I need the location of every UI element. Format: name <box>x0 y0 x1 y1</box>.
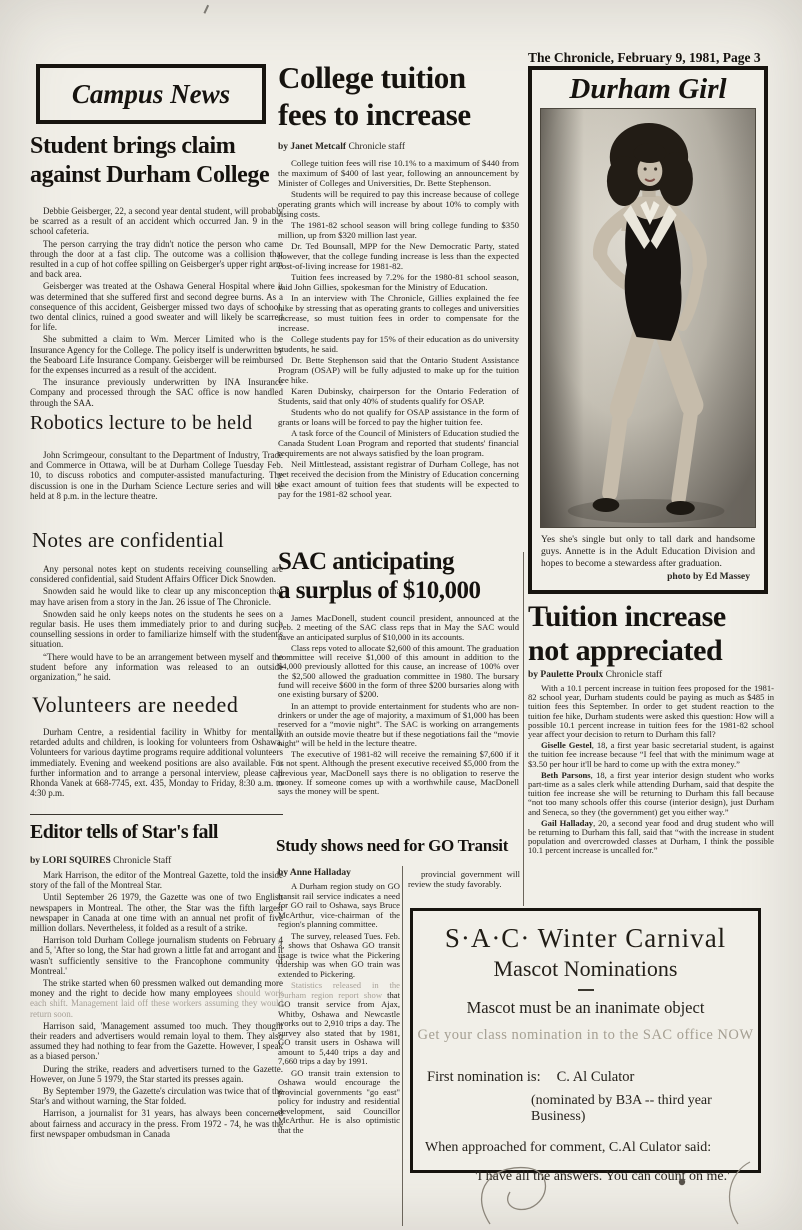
page-header: The Chronicle, February 9, 1981, Page 3 <box>528 50 778 66</box>
durham-girl-photo-art <box>541 109 755 527</box>
headline-volunteers: Volunteers are needed <box>32 692 238 718</box>
nominated-by: (nominated by B3A -- third year Business… <box>531 1093 758 1125</box>
article-sac-surplus: James MacDonell, student council preside… <box>278 614 519 799</box>
paragraph: GO transit train extension to Oshawa wou… <box>278 1069 400 1136</box>
paragraph: Geisberger was treated at the Oshawa Gen… <box>30 281 283 332</box>
newspaper-page: The Chronicle, February 9, 1981, Page 3 … <box>0 0 802 1230</box>
paragraph: Harrison said, 'Management assumed too m… <box>30 1021 283 1062</box>
headline-sac-surplus: SAC anticipating a surplus of $10,000 <box>278 547 519 605</box>
headline-go-transit: Study shows need for GO Transit <box>276 836 508 857</box>
paragraph: The person carrying the tray didn't noti… <box>30 239 283 280</box>
article-volunteers: Durham Centre, a residential facility in… <box>30 727 283 800</box>
headline-notes: Notes are confidential <box>32 528 224 553</box>
paragraph: Tuition fees increased by 7.2% for the 1… <box>278 272 519 292</box>
paragraph: Until September 26 1979, the Gazette was… <box>30 892 283 933</box>
article-go-transit-col2: provincial government will review the st… <box>408 870 520 891</box>
article-tuition-reaction: With a 10.1 percent increase in tuition … <box>528 684 774 858</box>
photo-floor-shadow <box>568 499 725 523</box>
divider-left-column <box>30 814 283 815</box>
paragraph: Beth Parsons, 18, a first year interior … <box>528 771 774 817</box>
paragraph: A Durham region study on GO transit rail… <box>278 882 400 930</box>
paragraph: John Scrimgeour, consultant to the Depar… <box>30 450 283 501</box>
carnival-nomination: First nomination is:C. Al Culator <box>427 1069 758 1086</box>
paragraph: She submitted a claim to Wm. Mercer Limi… <box>30 334 283 375</box>
shoe-left <box>593 498 620 512</box>
article-go-transit-col1: A Durham region study on GO transit rail… <box>278 882 400 1137</box>
headline-tuition-reaction: Tuition increase not appreciated <box>528 600 778 667</box>
paragraph: “There would have to be an arrangement b… <box>30 652 283 683</box>
headline-tuition-fees: College tuition fees to increase <box>278 60 520 133</box>
paragraph: College tuition fees will rise 10.1% to … <box>278 158 519 188</box>
paragraph: In an attempt to provide entertainment f… <box>278 702 519 748</box>
paragraph: Snowden said he only keeps notes on the … <box>30 609 283 650</box>
nominee-name: C. Al Culator <box>557 1069 635 1085</box>
paragraph: Dr. Ted Bounsall, MPP for the New Democr… <box>278 241 519 271</box>
paragraph: James MacDonell, student council preside… <box>278 614 519 642</box>
paragraph: With a 10.1 percent increase in tuition … <box>528 684 774 739</box>
paragraph: Gail Halladay, 20, a second year food an… <box>528 819 774 856</box>
paragraph: Students will be required to pay this in… <box>278 189 519 219</box>
paragraph: Neil Mittlestead, assistant registrar of… <box>278 459 519 499</box>
photo-credit: photo by Ed Massey <box>532 570 764 582</box>
headline-robotics: Robotics lecture to be held <box>30 412 253 435</box>
paragraph: Harrison, a journalist for 31 years, has… <box>30 1108 283 1139</box>
paragraph: Any personal notes kept on students rece… <box>30 564 283 584</box>
headline-editor: Editor tells of Star's fall <box>30 820 218 844</box>
paragraph: Karen Dubinsky, chairperson for the Onta… <box>278 386 519 406</box>
paragraph: Mark Harrison, the editor of the Montrea… <box>30 870 283 890</box>
divider-mid-right <box>523 552 524 906</box>
paragraph: Durham Centre, a residential facility in… <box>30 727 283 798</box>
shoe-right <box>666 501 695 515</box>
pen-mark <box>430 1158 760 1228</box>
paragraph: Dr. Bette Stephenson said that the Ontar… <box>278 355 519 385</box>
headline-student-claim: Student brings claim against Durham Coll… <box>30 132 283 191</box>
paragraph: A task force of the Council of Ministers… <box>278 428 519 458</box>
carnival-ad-box: S·A·C· Winter Carnival Mascot Nomination… <box>410 908 761 1173</box>
carnival-rule-line: Mascot must be an inanimate object <box>413 998 758 1018</box>
photo-caption: Yes she's single but only to tall dark a… <box>532 533 764 570</box>
paragraph: The executive of 1981-82 will receive th… <box>278 750 519 796</box>
carnival-call-to-action: Get your class nomination in to the SAC … <box>413 1027 758 1044</box>
byline-go-transit: by Anne Halladay <box>278 868 351 878</box>
article-editor: Mark Harrison, the editor of the Montrea… <box>30 870 283 1141</box>
article-robotics: John Scrimgeour, consultant to the Depar… <box>30 450 283 503</box>
paragraph: The insurance previously underwritten by… <box>30 377 283 408</box>
carnival-subtitle: Mascot Nominations <box>413 956 758 982</box>
divider-go-columns <box>402 866 403 1226</box>
paragraph: Giselle Gestel, 18, a first year basic s… <box>528 741 774 769</box>
paragraph: Debbie Geisberger, 22, a second year den… <box>30 206 283 237</box>
durham-girl-photo <box>540 108 756 528</box>
durham-girl-title: Durham Girl <box>532 73 764 106</box>
paragraph: Students who do not qualify for OSAP ass… <box>278 407 519 427</box>
nomination-label: First nomination is: <box>427 1069 541 1085</box>
carnival-title: S·A·C· Winter Carnival <box>413 923 758 954</box>
paragraph: In an interview with The Chronicle, Gill… <box>278 293 519 333</box>
paragraph: By September 1979, the Gazette's circula… <box>30 1086 283 1106</box>
article-tuition-fees: College tuition fees will rise 10.1% to … <box>278 158 519 500</box>
paragraph: During the strike, readers and advertise… <box>30 1064 283 1084</box>
paragraph: Snowden said he would like to clear up a… <box>30 586 283 606</box>
paragraph: provincial government will review the st… <box>408 870 520 889</box>
ink-mark <box>203 5 214 17</box>
paragraph: The strike started when 60 pressmen walk… <box>30 978 283 1019</box>
comment-intro: When approached for comment, C.Al Culato… <box>425 1140 758 1156</box>
byline-tuition-reaction: by Paulette Proulx Chronicle staff <box>528 670 662 680</box>
article-notes: Any personal notes kept on students rece… <box>30 564 283 684</box>
byline-tuition-fees: by Janet Metcalf Chronicle staff <box>278 142 405 152</box>
paragraph: Harrison told Durham College journalism … <box>30 935 283 976</box>
byline-editor: by LORI SQUIRES Chronicle Staff <box>30 856 171 866</box>
dash-divider <box>578 989 594 991</box>
paragraph: The 1981-82 school season will bring col… <box>278 220 519 240</box>
campus-news-title: Campus News <box>72 79 230 110</box>
article-student-claim: Debbie Geisberger, 22, a second year den… <box>30 206 283 410</box>
paragraph: Class reps voted to allocate $2,600 of t… <box>278 644 519 700</box>
paragraph: College students pay for 15% of their ed… <box>278 334 519 354</box>
paragraph: The survey, released Tues. Feb. 3, shows… <box>278 932 400 980</box>
campus-news-box: Campus News <box>36 64 266 124</box>
paragraph: Statistics released in the Durham region… <box>278 981 400 1067</box>
durham-girl-box: Durham Girl <box>528 66 768 594</box>
